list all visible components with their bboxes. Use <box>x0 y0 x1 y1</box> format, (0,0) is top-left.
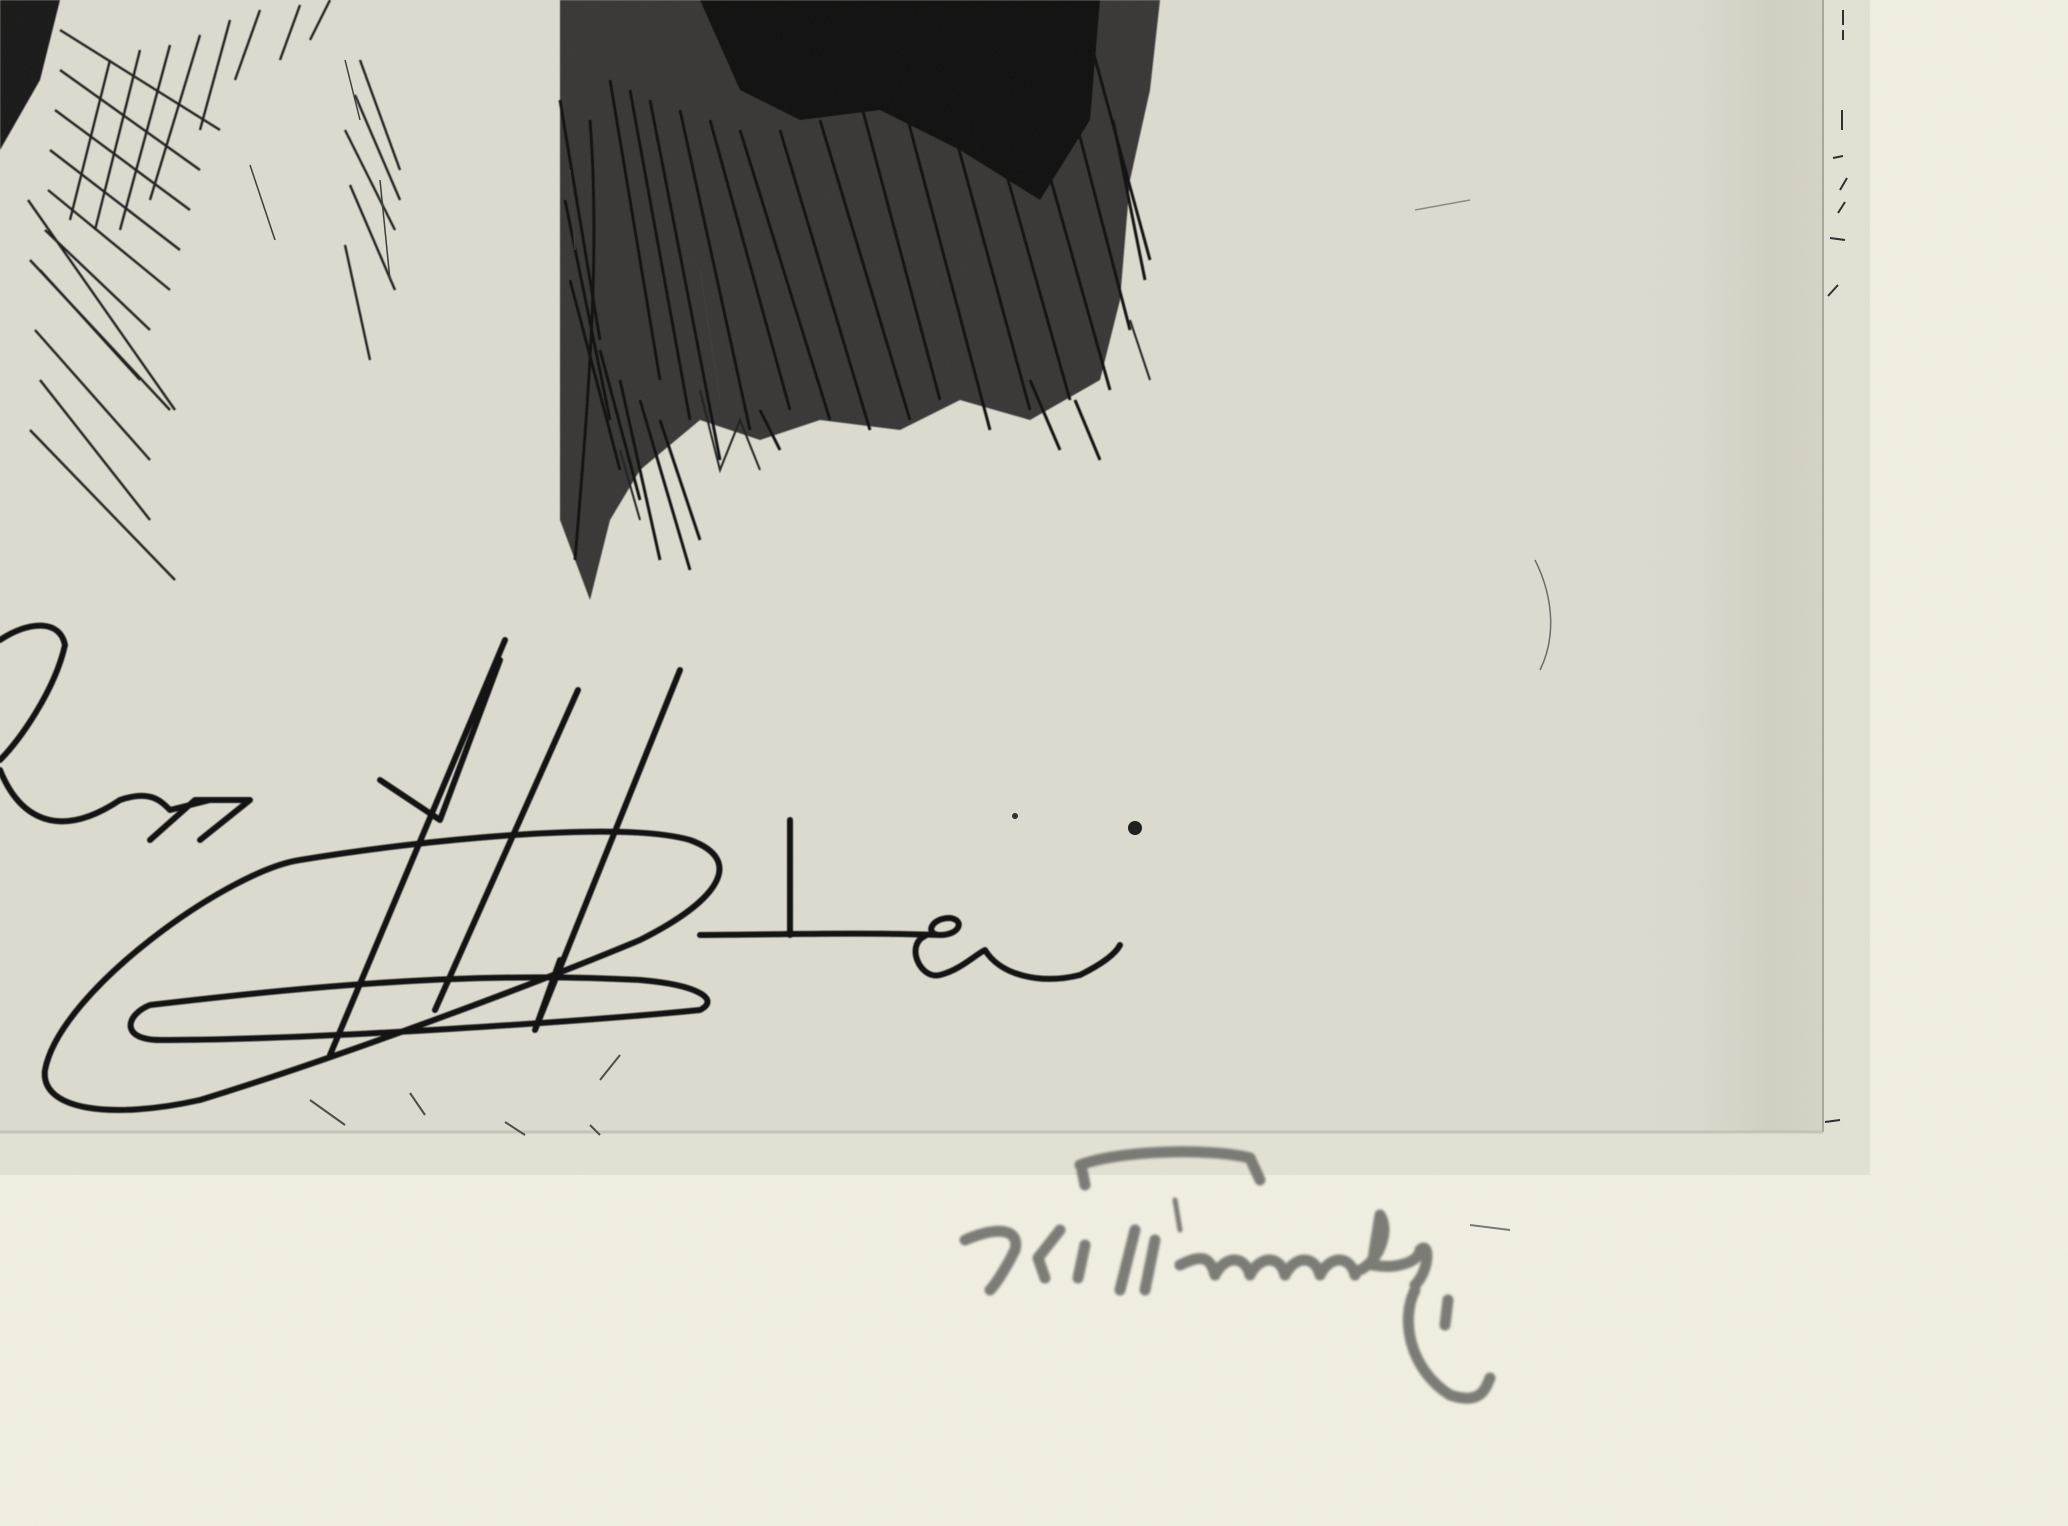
paper-grain <box>0 0 2068 1526</box>
etching-canvas <box>0 0 2068 1526</box>
etching-print <box>0 0 2068 1526</box>
